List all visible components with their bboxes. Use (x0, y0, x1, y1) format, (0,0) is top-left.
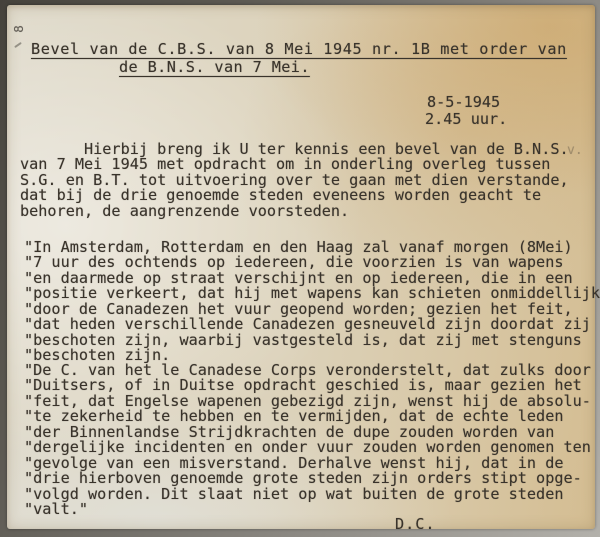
handwritten-page-number: 8 (11, 13, 27, 45)
body-paragraph-canadese-corps-quote: "De C. van het le Canadese Corps veronde… (24, 363, 591, 518)
photo-frame: 8 Bevel van de C.B.S. van 8 Mei 1945 nr.… (0, 0, 600, 537)
document-title-line2: de B.N.S. van 7 Mei. (119, 60, 310, 75)
document-title-line1: Bevel van de C.B.S. van 8 Mei 1945 nr. 1… (31, 42, 567, 57)
typewritten-text-layer: 8 Bevel van de C.B.S. van 8 Mei 1945 nr.… (7, 5, 595, 529)
faint-margin-note: v. (567, 143, 583, 158)
time-line: 2.45 uur. (425, 112, 507, 127)
signature-initials: D.C. (395, 517, 436, 532)
body-paragraph-order-quote: "In Amsterdam, Rotterdam en den Haag zal… (24, 240, 600, 364)
document-page: 8 Bevel van de C.B.S. van 8 Mei 1945 nr.… (7, 5, 595, 529)
date-line: 8-5-1945 (427, 95, 500, 110)
body-paragraph-intro: Hierbij breng ik U ter kennis een bevel … (20, 142, 569, 219)
